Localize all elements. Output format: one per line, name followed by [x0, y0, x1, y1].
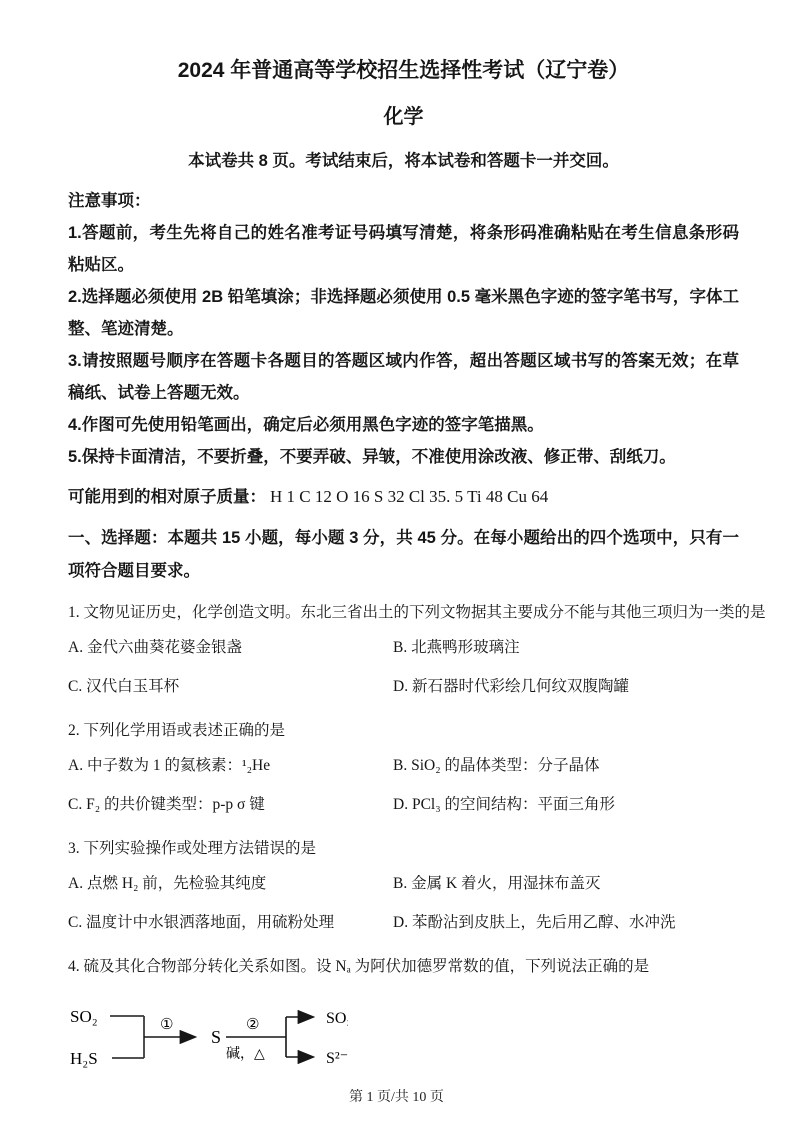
- atomic-mass-label: 可能用到的相对原子质量：: [68, 488, 266, 506]
- question-1-options: A. 金代六曲葵花婆金银盏 B. 北燕鸭形玻璃注 C. 汉代白玉耳杯 D. 新石…: [68, 628, 739, 706]
- question-3-option-c: C. 温度计中水银洒落地面，用硫粉处理: [68, 903, 393, 942]
- step1-label: ①: [160, 1016, 173, 1033]
- notice-item-1: 1.答题前，考生先将自己的姓名准考证号码填写清楚，将条形码准确粘贴在考生信息条形…: [68, 217, 739, 281]
- product-s2-label: S²⁻: [326, 1050, 348, 1067]
- step2-condition-label: 碱，△: [226, 1045, 265, 1062]
- page-number: 第 1 页/共 10 页: [0, 1086, 793, 1106]
- product-so3-label: SO₃²⁻: [326, 1010, 348, 1027]
- notice-list: 1.答题前，考生先将自己的姓名准考证号码填写清楚，将条形码准确粘贴在考生信息条形…: [68, 217, 739, 473]
- atomic-mass-line: 可能用到的相对原子质量：H 1 C 12 O 16 S 32 Cl 35. 5 …: [68, 481, 739, 514]
- question-2-option-d: D. PCl₃ 的空间结构：平面三角形: [393, 785, 739, 824]
- question-1-stem: 1. 文物见证历史，化学创造文明。东北三省出土的下列文物据其主要成分不能与其他三…: [68, 598, 739, 628]
- question-2-options: A. 中子数为 1 的氦核素：¹₂He B. SiO₂ 的晶体类型：分子晶体 C…: [68, 746, 739, 824]
- reactant-join-lines: [110, 1016, 144, 1058]
- atomic-mass-values: H 1 C 12 O 16 S 32 Cl 35. 5 Ti 48 Cu 64: [266, 487, 548, 506]
- question-2-option-c: C. F₂ 的共价键类型：p-p σ 键: [68, 785, 393, 824]
- notice-item-4: 4.作图可先使用铅笔画出，确定后必须用黑色字迹的签字笔描黑。: [68, 409, 739, 441]
- question-2-stem: 2. 下列化学用语或表述正确的是: [68, 716, 739, 746]
- notice-item-3: 3.请按照题号顺序在答题卡各题目的答题区域内作答，超出答题区域书写的答案无效；在…: [68, 345, 739, 409]
- exam-note: 本试卷共 8 页。考试结束后，将本试卷和答题卡一并交回。: [68, 147, 739, 171]
- notice-heading: 注意事项：: [68, 185, 739, 217]
- diagram-sulfur-label: S: [211, 1027, 221, 1047]
- sulfur-transformation-diagram: SO₂ H₂S ① S ② 碱，△ SO₃²⁻ S²⁻: [68, 998, 739, 1091]
- notice-item-5: 5.保持卡面清洁，不要折叠，不要弄破、异皱，不准使用涂改液、修正带、刮纸刀。: [68, 441, 739, 473]
- page-title: 2024 年普通高等学校招生选择性考试（辽宁卷）: [68, 58, 739, 84]
- transformation-diagram-svg: SO₂ H₂S ① S ② 碱，△ SO₃²⁻ S²⁻: [68, 998, 348, 1086]
- question-3-option-b: B. 金属 K 着火，用湿抹布盖灭: [393, 864, 739, 903]
- question-4-stem: 4. 硫及其化合物部分转化关系如图。设 Nₐ 为阿伏加德罗常数的值，下列说法正确…: [68, 952, 739, 982]
- question-3-option-a: A. 点燃 H₂ 前，先检验其纯度: [68, 864, 393, 903]
- question-1-option-d: D. 新石器时代彩绘几何纹双腹陶罐: [393, 667, 739, 706]
- diagram-so2-label: SO₂: [70, 1007, 98, 1026]
- question-1-option-b: B. 北燕鸭形玻璃注: [393, 628, 739, 667]
- section-header: 一、选择题：本题共 15 小题，每小题 3 分，共 45 分。在每小题给出的四个…: [68, 522, 739, 588]
- question-1-option-a: A. 金代六曲葵花婆金银盏: [68, 628, 393, 667]
- question-2-option-b: B. SiO₂ 的晶体类型：分子晶体: [393, 746, 739, 785]
- diagram-h2s-label: H₂S: [70, 1049, 98, 1068]
- notice-item-2: 2.选择题必须使用 2B 铅笔填涂；非选择题必须使用 0.5 毫米黑色字迹的签字…: [68, 281, 739, 345]
- question-3-stem: 3. 下列实验操作或处理方法错误的是: [68, 834, 739, 864]
- question-3-options: A. 点燃 H₂ 前，先检验其纯度 B. 金属 K 着火，用湿抹布盖灭 C. 温…: [68, 864, 739, 942]
- step2-label: ②: [246, 1016, 259, 1033]
- exam-paper-page: { "doc": { "title": "2024 年普通高等学校招生选择性考试…: [0, 0, 793, 1122]
- question-2-option-a: A. 中子数为 1 的氦核素：¹₂He: [68, 746, 393, 785]
- question-3-option-d: D. 苯酚沾到皮肤上，先后用乙醇、水冲洗: [393, 903, 739, 942]
- question-1-option-c: C. 汉代白玉耳杯: [68, 667, 393, 706]
- subject-title: 化学: [68, 100, 739, 129]
